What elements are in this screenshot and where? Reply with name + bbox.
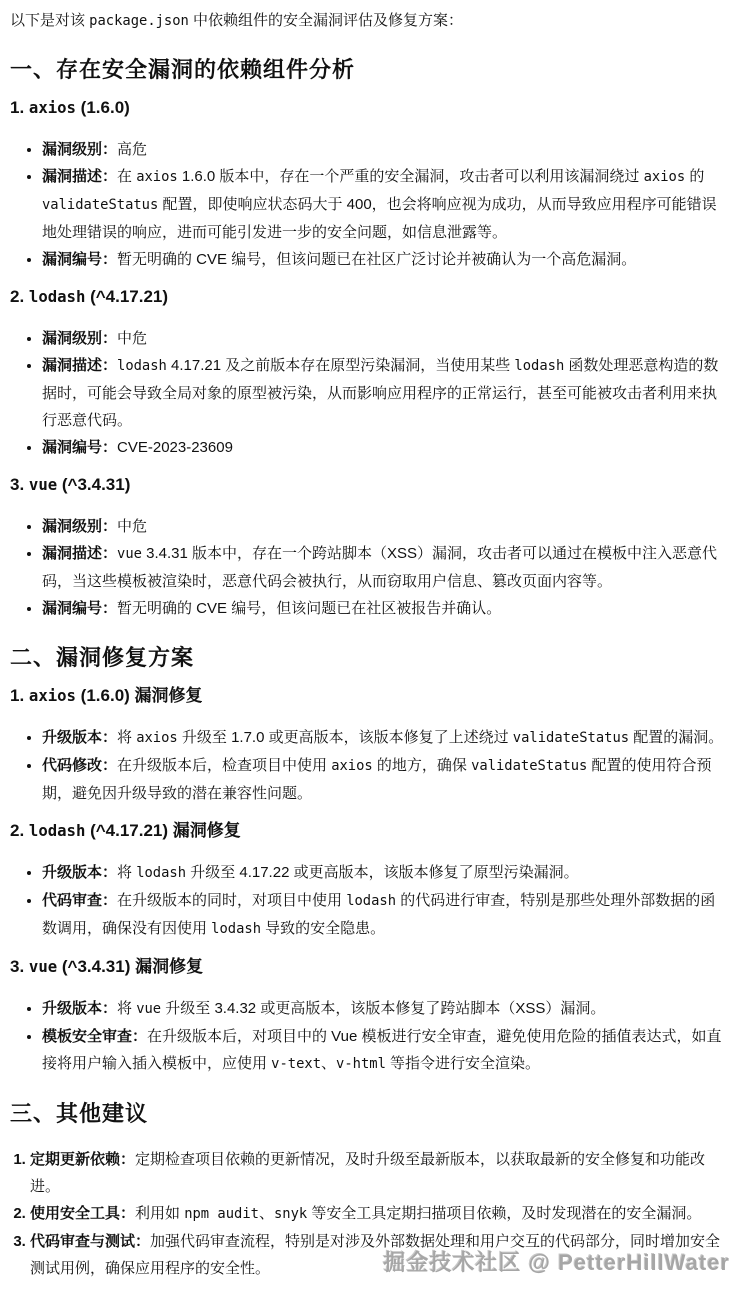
bold-text: 升级版本：	[42, 864, 117, 881]
bold-text: 升级版本：	[42, 729, 117, 746]
bold-text: (^3.4.31)	[57, 475, 130, 494]
bold-text: 代码审查与测试：	[30, 1233, 150, 1250]
subsection-title: 1. axios (1.6.0)	[10, 98, 726, 118]
bold-text: vue	[29, 957, 57, 976]
subsection-title: 1. axios (1.6.0) 漏洞修复	[10, 686, 726, 706]
bold-text: (1.6.0) 漏洞修复	[76, 686, 203, 705]
bold-text: 代码修改：	[42, 757, 117, 774]
bold-text: lodash	[29, 821, 85, 840]
bullet-list: 升级版本：将 vue 升级至 3.4.32 或更高版本，该版本修复了跨站脚本（X…	[10, 995, 726, 1078]
bullet-list: 漏洞级别：高危漏洞描述：在 axios 1.6.0 版本中，存在一个严重的安全漏…	[10, 136, 726, 273]
inline-code: lodash	[29, 821, 85, 840]
bold-text: axios	[29, 686, 76, 705]
list-item: 漏洞级别：中危	[42, 513, 726, 540]
list-item: 模板安全审查：在升级版本后，对项目中的 Vue 模板进行安全审查，避免使用危险的…	[42, 1023, 726, 1078]
list-item: 升级版本：将 vue 升级至 3.4.32 或更高版本，该版本修复了跨站脚本（X…	[42, 995, 726, 1023]
document-content: 一、存在安全漏洞的依赖组件分析1. axios (1.6.0)漏洞级别：高危漏洞…	[10, 56, 726, 1282]
bold-text: 2.	[10, 821, 29, 840]
bold-text: 2.	[10, 287, 29, 306]
bold-text: (1.6.0)	[76, 98, 130, 117]
inline-code: v-html	[336, 1056, 386, 1072]
bold-text: (^4.17.21)	[85, 287, 168, 306]
inline-code: validateStatus	[471, 758, 587, 774]
inline-code: lodash	[514, 358, 564, 374]
bold-text: 3.	[10, 957, 29, 976]
list-item: 使用安全工具：利用如 npm audit、snyk 等安全工具定期扫描项目依赖，…	[30, 1200, 726, 1228]
bold-text: 漏洞描述：	[42, 545, 117, 562]
bold-text: 漏洞编号：	[42, 600, 117, 617]
inline-code: v-text	[271, 1056, 321, 1072]
bold-text: (^4.17.21) 漏洞修复	[85, 821, 240, 840]
list-item: 漏洞描述：在 axios 1.6.0 版本中，存在一个严重的安全漏洞，攻击者可以…	[42, 163, 726, 246]
list-item: 代码审查与测试：加强代码审查流程，特别是对涉及外部数据处理和用户交互的代码部分，…	[30, 1228, 726, 1282]
inline-code: axios	[644, 169, 686, 185]
list-item: 漏洞编号：CVE-2023-23609	[42, 434, 726, 461]
bold-text: lodash	[29, 287, 85, 306]
bold-text: 3.	[10, 475, 29, 494]
bold-text: 代码审查：	[42, 892, 117, 909]
bold-text: 定期更新依赖：	[30, 1151, 135, 1168]
inline-code: axios	[29, 98, 76, 117]
inline-code: vue	[117, 546, 142, 562]
list-item: 代码审查：在升级版本的同时，对项目中使用 lodash 的代码进行审查，特别是那…	[42, 887, 726, 943]
list-item: 升级版本：将 lodash 升级至 4.17.22 或更高版本，该版本修复了原型…	[42, 859, 726, 887]
subsection-title: 3. vue (^3.4.31)	[10, 475, 726, 495]
bold-text: 漏洞描述：	[42, 168, 117, 185]
list-item: 代码修改：在升级版本后，检查项目中使用 axios 的地方，确保 validat…	[42, 752, 726, 807]
subsection-title: 3. vue (^3.4.31) 漏洞修复	[10, 957, 726, 977]
section-title: 三、其他建议	[10, 1100, 726, 1128]
numbered-list: 定期更新依赖：定期检查项目依赖的更新情况，及时升级至最新版本，以获取最新的安全修…	[10, 1146, 726, 1282]
list-item: 漏洞级别：高危	[42, 136, 726, 163]
inline-code: lodash	[117, 358, 167, 374]
inline-code: npm audit	[184, 1206, 259, 1222]
list-item: 漏洞级别：中危	[42, 325, 726, 352]
inline-code: axios	[331, 758, 373, 774]
section-title: 二、漏洞修复方案	[10, 644, 726, 672]
inline-code: lodash	[346, 893, 396, 909]
inline-code: vue	[29, 475, 57, 494]
bullet-list: 升级版本：将 lodash 升级至 4.17.22 或更高版本，该版本修复了原型…	[10, 859, 726, 943]
bold-text: 使用安全工具：	[30, 1205, 135, 1222]
intro-paragraph: 以下是对该 package.json 中依赖组件的安全漏洞评估及修复方案：	[10, 8, 726, 34]
list-item: 漏洞描述：vue 3.4.31 版本中，存在一个跨站脚本（XSS）漏洞，攻击者可…	[42, 540, 726, 595]
inline-code: package.json	[89, 13, 189, 29]
list-item: 定期更新依赖：定期检查项目依赖的更新情况，及时升级至最新版本，以获取最新的安全修…	[30, 1146, 726, 1200]
list-item: 漏洞编号：暂无明确的 CVE 编号，但该问题已在社区被报告并确认。	[42, 595, 726, 622]
bold-text: vue	[29, 475, 57, 494]
bullet-list: 升级版本：将 axios 升级至 1.7.0 或更高版本，该版本修复了上述绕过 …	[10, 724, 726, 807]
inline-code: vue	[136, 1001, 161, 1017]
inline-code: lodash	[29, 287, 85, 306]
bullet-list: 漏洞级别：中危漏洞描述：lodash 4.17.21 及之前版本存在原型污染漏洞…	[10, 325, 726, 461]
bold-text: 1.	[10, 98, 29, 117]
list-item: 漏洞编号：暂无明确的 CVE 编号，但该问题已在社区广泛讨论并被确认为一个高危漏…	[42, 246, 726, 273]
inline-code: vue	[29, 957, 57, 976]
document-page: 以下是对该 package.json 中依赖组件的安全漏洞评估及修复方案： 一、…	[0, 0, 736, 1293]
section-title: 一、存在安全漏洞的依赖组件分析	[10, 56, 726, 84]
inline-code: axios	[136, 169, 178, 185]
bold-text: 模板安全审查：	[42, 1028, 147, 1045]
inline-code: validateStatus	[513, 730, 629, 746]
bold-text: 漏洞级别：	[42, 518, 117, 535]
bold-text: 漏洞级别：	[42, 330, 117, 347]
subsection-title: 2. lodash (^4.17.21) 漏洞修复	[10, 821, 726, 841]
inline-code: axios	[136, 730, 178, 746]
inline-code: validateStatus	[42, 197, 158, 213]
bold-text: 漏洞级别：	[42, 141, 117, 158]
list-item: 漏洞描述：lodash 4.17.21 及之前版本存在原型污染漏洞，当使用某些 …	[42, 352, 726, 434]
bold-text: axios	[29, 98, 76, 117]
bold-text: 升级版本：	[42, 1000, 117, 1017]
inline-code: axios	[29, 686, 76, 705]
bullet-list: 漏洞级别：中危漏洞描述：vue 3.4.31 版本中，存在一个跨站脚本（XSS）…	[10, 513, 726, 622]
inline-code: snyk	[274, 1206, 307, 1222]
bold-text: 漏洞编号：	[42, 439, 117, 456]
inline-code: lodash	[136, 865, 186, 881]
bold-text: 漏洞编号：	[42, 251, 117, 268]
bold-text: (^3.4.31) 漏洞修复	[57, 957, 203, 976]
list-item: 升级版本：将 axios 升级至 1.7.0 或更高版本，该版本修复了上述绕过 …	[42, 724, 726, 752]
inline-code: lodash	[211, 921, 261, 937]
bold-text: 漏洞描述：	[42, 357, 117, 374]
bold-text: 1.	[10, 686, 29, 705]
subsection-title: 2. lodash (^4.17.21)	[10, 287, 726, 307]
